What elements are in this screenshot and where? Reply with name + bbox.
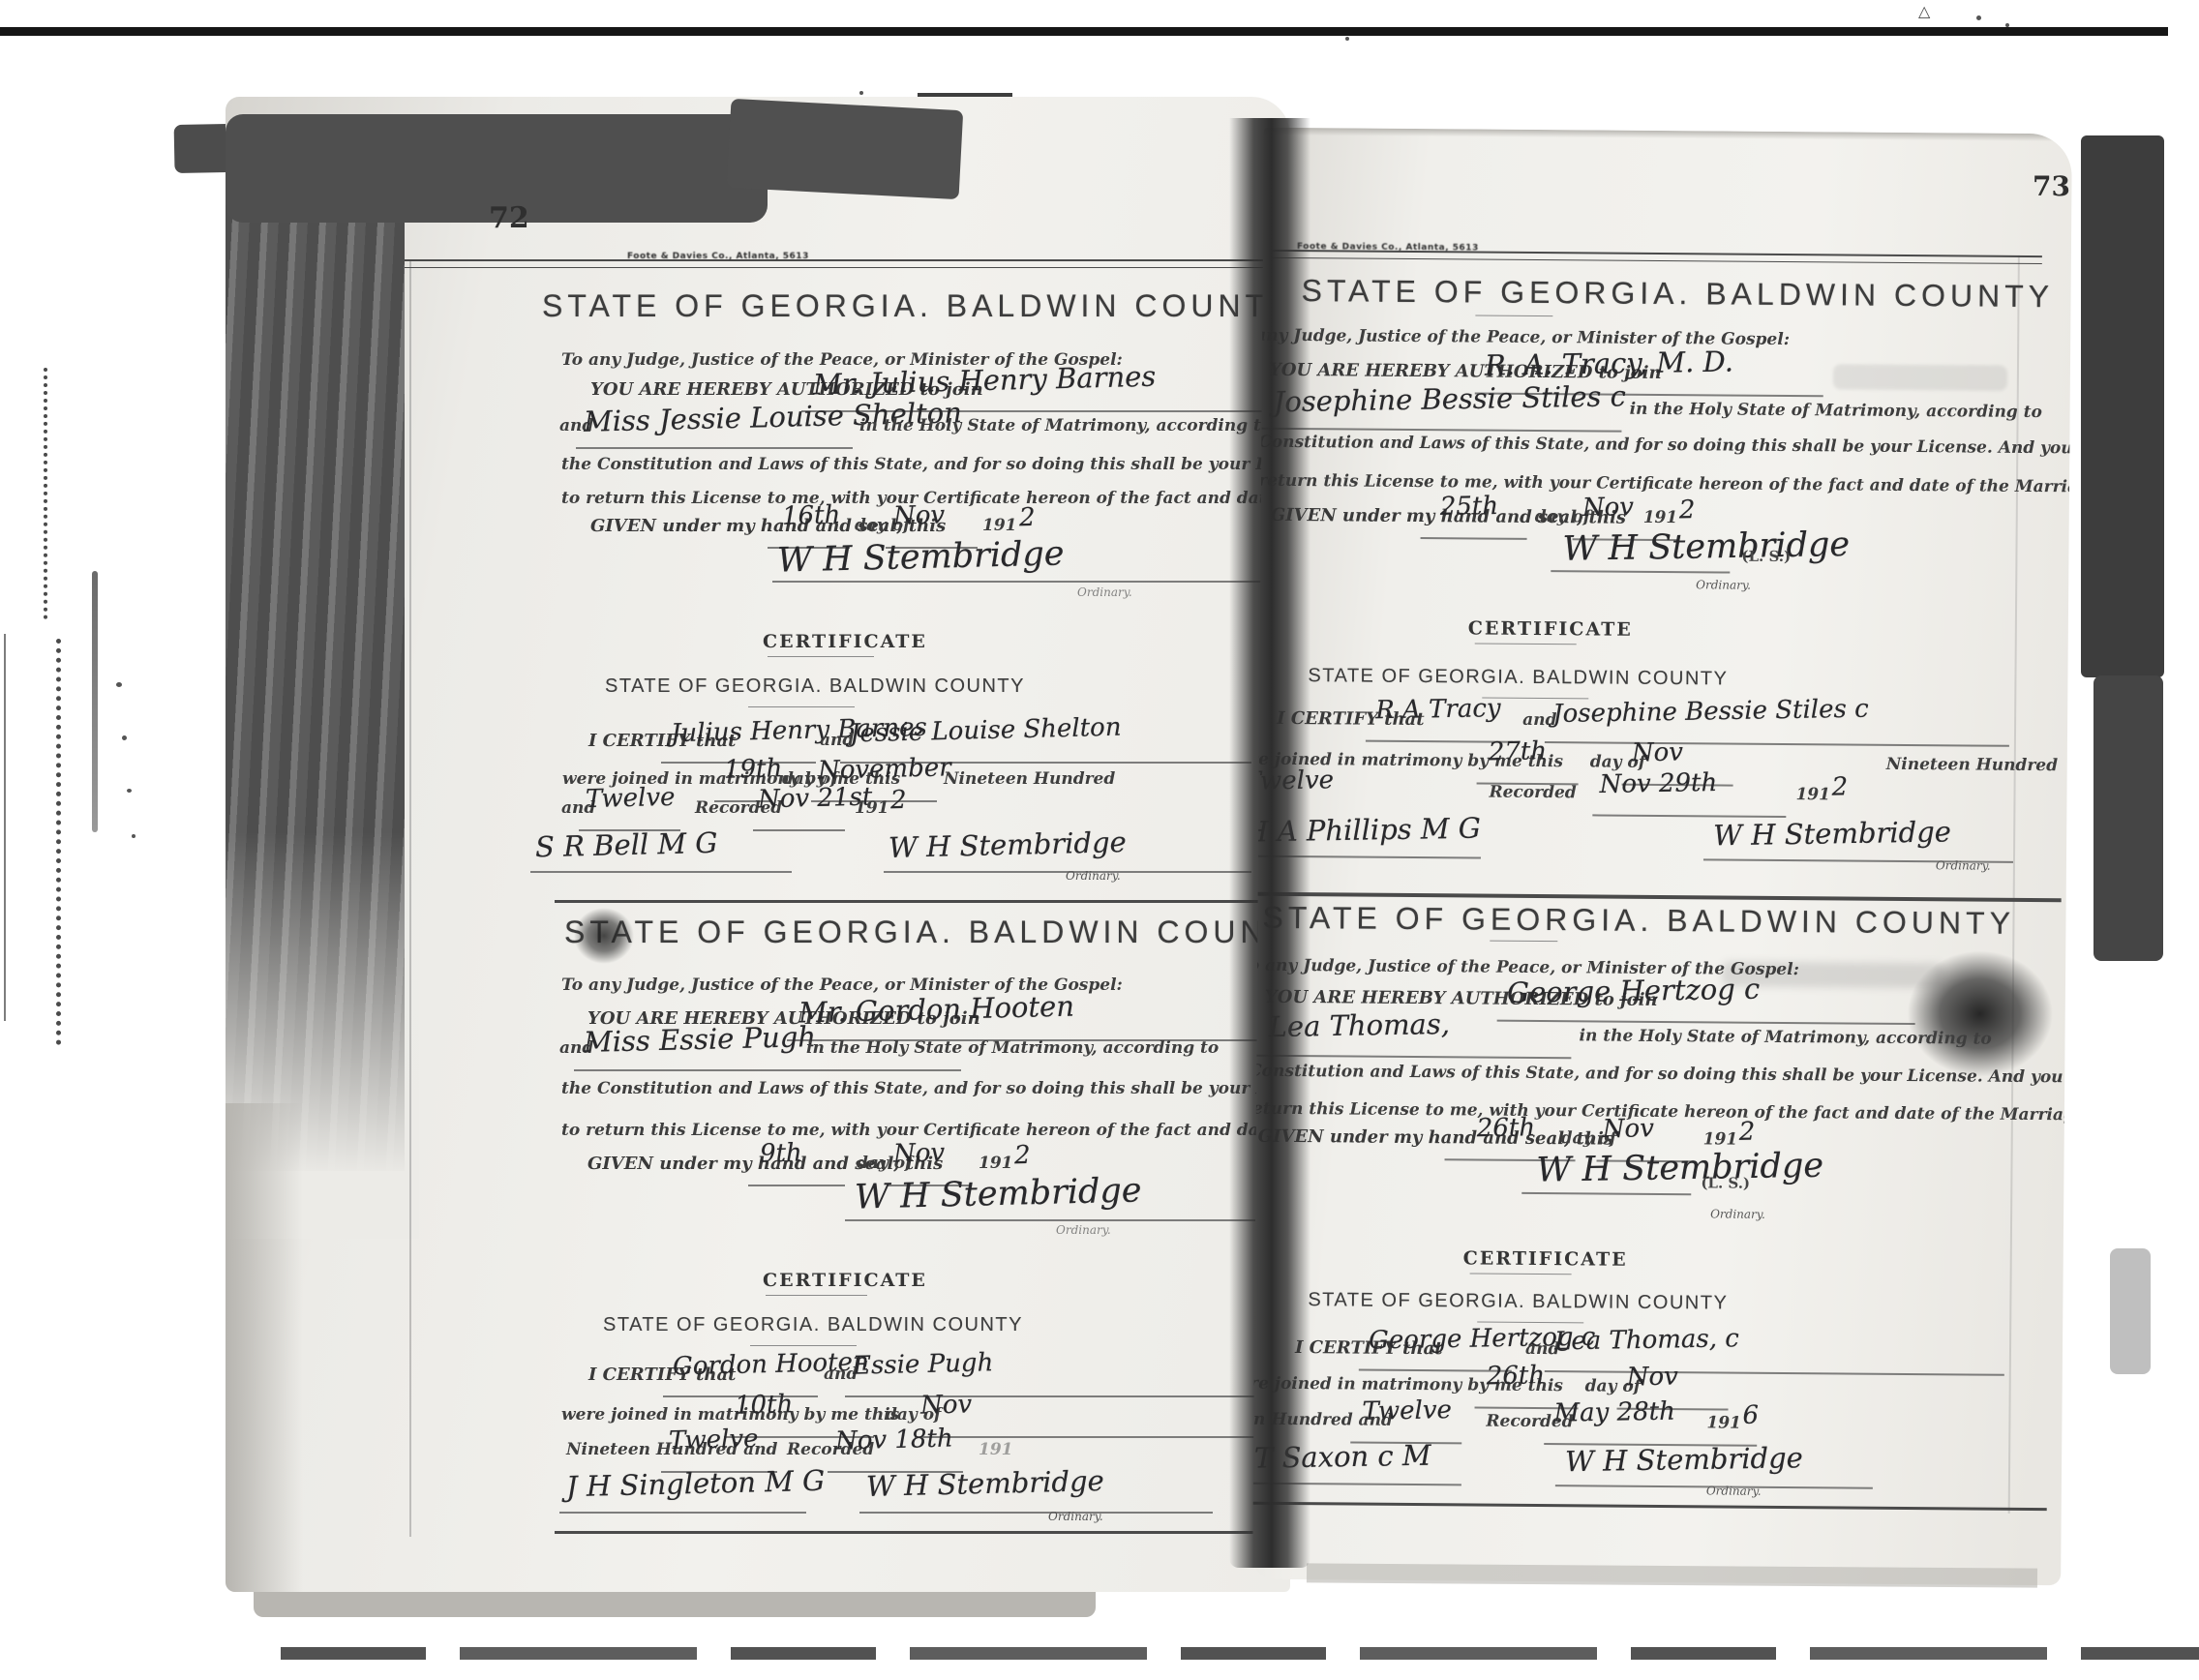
groom-name: R. A. Tracy, M. D. — [1485, 345, 1733, 381]
groom-name: George Hertzog c — [1507, 973, 1761, 1009]
certificate-title: CERTIFICATE — [763, 631, 927, 652]
next-page-edge — [281, 1647, 2199, 1660]
ordinary-label: Ordinary. — [1936, 858, 1991, 872]
cert-bride: Lea Thomas, c — [1554, 1324, 1739, 1356]
ordinary-label: Ordinary. — [1710, 1207, 1765, 1220]
scan-top-edge — [0, 27, 2168, 36]
cert-month: Nov — [920, 1390, 973, 1420]
cert-month: Nov — [1627, 1362, 1679, 1392]
year-printed: 191 — [982, 516, 1017, 535]
section-divider — [555, 900, 1290, 903]
matrimony-suffix: in the Holy State of Matrimony, accordin… — [1630, 400, 2042, 422]
head-rule2 — [1273, 257, 2042, 264]
under-page-edge-left — [254, 1592, 1096, 1617]
cert-day: 27th — [1489, 736, 1548, 766]
license-month: Nov — [1582, 493, 1635, 523]
cert-bride: Essie Pugh — [853, 1348, 994, 1381]
scan-artifact-dots — [44, 368, 47, 619]
blank-line — [1545, 1370, 2004, 1376]
top-page-shadow2 — [727, 99, 963, 199]
groom-name: Mr. Gordon Hooten — [798, 990, 1075, 1030]
title-rule — [1470, 1273, 1572, 1275]
cert-day: 26th — [1487, 1361, 1546, 1391]
cert-day: 19th — [724, 754, 783, 784]
year-printed: 191 — [1703, 1129, 1738, 1149]
cert-year-word: Twelve — [669, 1425, 759, 1455]
left-page: Foote & Davies Co., Atlanta, 5613 STATE … — [226, 97, 1290, 1592]
license-heading: STATE OF GEORGIA. BALDWIN COUNTY — [1262, 900, 2015, 942]
bottom-rule — [555, 1531, 1290, 1534]
ordinary-label: Ordinary. — [1066, 869, 1121, 883]
license-heading: STATE OF GEORGIA. BALDWIN COUNTY — [1301, 273, 2054, 315]
blank-line — [1545, 741, 2009, 747]
blank-line — [576, 447, 853, 449]
ordinary-signature: W H Stembridge — [889, 825, 1127, 864]
blank-line — [1551, 570, 1730, 573]
triangle-artifact: △ — [1918, 2, 1930, 20]
license-month: Nov — [893, 500, 946, 530]
constitution-line: the Constitution and Laws of this State,… — [1252, 432, 2072, 459]
speck — [127, 789, 132, 793]
heading-rule — [750, 1345, 857, 1346]
blank-line — [1421, 537, 1527, 540]
ordinary-label: Ordinary. — [1077, 585, 1132, 599]
scan-artifact-streak — [92, 571, 98, 832]
speck — [132, 834, 136, 838]
certificate-title: CERTIFICATE — [1468, 617, 1633, 640]
cert-year-word: Twelve — [586, 783, 676, 814]
ordinary-signature: W H Stembridge — [1713, 815, 1951, 852]
matrimony-suffix: in the Holy State of Matrimony, accordin… — [806, 1038, 1219, 1058]
blank-line — [845, 1395, 1261, 1397]
right-edge-shadow2 — [2094, 675, 2163, 961]
year-digit: 2 — [1679, 495, 1696, 525]
and-label: and — [820, 731, 854, 750]
speck — [122, 735, 127, 740]
book-gutter-shadow — [1229, 118, 1310, 1568]
blank-line — [1521, 1192, 1691, 1195]
cert-bride: Josephine Bessie Stiles c — [1552, 695, 1869, 729]
year-digit: 2 — [1019, 503, 1036, 532]
and-label: and — [1522, 710, 1556, 730]
year-digit: 2 — [1014, 1141, 1031, 1170]
license-day: 9th — [760, 1138, 802, 1168]
year-printed: 191 — [1706, 1413, 1741, 1432]
recorded-year-digit: 2 — [1831, 772, 1848, 801]
page-number-right: 73 — [2033, 170, 2070, 202]
head-rule2 — [405, 267, 1290, 268]
ordinary-label: Ordinary. — [1706, 1484, 1762, 1497]
blank-line — [915, 1436, 1263, 1438]
cert-month: November — [818, 753, 951, 785]
recorded-label: Recorded — [1489, 783, 1576, 803]
nineteen-hundred: Nineteen Hundred — [1886, 755, 2058, 775]
ordinary-label: Ordinary. — [1696, 578, 1751, 591]
right-page: Foote & Davies Co., Atlanta, 5613 STATE … — [1252, 128, 2072, 1586]
blank-line — [574, 1069, 961, 1071]
matrimony-suffix: in the Holy State of Matrimony, accordin… — [1579, 1026, 1991, 1048]
license-day: 26th — [1477, 1113, 1536, 1143]
heading-rule — [1490, 941, 1557, 943]
ordinary-signature: W H Stembridge — [777, 534, 1065, 580]
groom-name: Mr. Julius Henry Barnes — [813, 360, 1157, 402]
heading-rule — [748, 706, 855, 707]
scan-artifact-hairline — [4, 634, 6, 1021]
seal-label: (L. S.) — [1701, 1174, 1750, 1191]
recorded-year-digit: 6 — [1742, 1401, 1759, 1430]
year-printed: 191 — [855, 798, 889, 818]
return-line: to return this License to me, with your … — [1252, 471, 2072, 497]
right-edge-shadow3 — [2110, 1248, 2151, 1374]
certificate-heading: STATE OF GEORGIA. BALDWIN COUNTY — [605, 675, 1025, 698]
speck — [1976, 15, 1981, 20]
cert-year-word: Twelve — [1362, 1395, 1452, 1426]
certificate-title: CERTIFICATE — [1463, 1247, 1628, 1270]
license-day: 16th — [782, 500, 841, 530]
bride-name: Josephine Bessie Stiles c — [1273, 379, 1626, 418]
cert-month: Nov — [1632, 738, 1684, 768]
license-month: Nov — [893, 1138, 946, 1168]
license-month: Nov — [1603, 1114, 1655, 1144]
blank-line — [859, 1512, 1213, 1514]
heading-rule — [1475, 315, 1552, 316]
ink-blot — [574, 908, 634, 964]
blank-line — [748, 1185, 845, 1186]
return-line: to return this License to me, with your … — [561, 1121, 1290, 1140]
ordinary-signature: W H Stembridge — [866, 1464, 1104, 1503]
nineteen-hundred: Nineteen Hundred — [944, 769, 1115, 789]
bottom-rule — [1252, 1501, 2047, 1511]
joined-prefix: were joined in matrimony by me this — [561, 1405, 899, 1425]
year-printed: 191 — [1643, 508, 1678, 527]
ordinary-signature: W H Stembridge — [1536, 1147, 1823, 1190]
seal-label: (L. S.) — [1741, 548, 1791, 565]
page-number-left: 72 — [489, 201, 529, 235]
speck — [116, 682, 122, 687]
certificate-heading: STATE OF GEORGIA. BALDWIN COUNTY — [1308, 1289, 1728, 1314]
license-heading: STATE OF GEORGIA. BALDWIN COUNTY — [542, 288, 1290, 324]
printer-mark: Foote & Davies Co., Atlanta, 5613 — [1297, 242, 1479, 253]
ordinary-signature: W H Stembridge — [855, 1171, 1142, 1216]
spine-tail — [226, 1103, 303, 1592]
certificate-title: CERTIFICATE — [763, 1270, 927, 1291]
year-printed: 191 — [1795, 785, 1830, 804]
certificate-heading: STATE OF GEORGIA. BALDWIN COUNTY — [1308, 665, 1728, 690]
recorded-date: Nov 18th — [835, 1425, 953, 1456]
minister-signature: J H Singleton M G — [566, 1464, 826, 1504]
ordinary-label: Ordinary. — [1056, 1223, 1111, 1237]
title-rule — [768, 656, 874, 657]
speck — [859, 91, 863, 95]
blank-line — [1261, 428, 1621, 433]
blank-line — [1497, 1020, 1915, 1025]
scan-artifact-dots2 — [56, 639, 61, 1045]
constitution-line: the Constitution and Laws of this State,… — [561, 1079, 1290, 1098]
ordinary-label: Ordinary. — [1048, 1510, 1103, 1523]
right-edge-shadow — [2081, 135, 2164, 677]
blank-line — [530, 871, 792, 873]
left-margin-rule — [409, 259, 411, 1537]
cert-groom: R A Tracy — [1375, 694, 1501, 725]
ink-bleed-smudge — [1833, 364, 2007, 390]
ordinary-signature: W H Stembridge — [1565, 1441, 1803, 1478]
cert-bride: Jessie Louise Shelton — [850, 713, 1122, 749]
minister-signature: S R Bell M G — [535, 826, 718, 864]
speck — [1345, 37, 1349, 41]
blank-line — [753, 829, 845, 831]
certificate-heading: STATE OF GEORGIA. BALDWIN COUNTY — [603, 1314, 1023, 1336]
cert-day: 10th — [735, 1390, 794, 1420]
blank-line — [772, 581, 1276, 583]
license-heading: STATE OF GEORGIA. BALDWIN COUNTY — [564, 915, 1290, 950]
title-rule — [1475, 643, 1577, 645]
title-rule — [766, 1295, 867, 1296]
year-printed: 191 — [979, 1440, 1013, 1459]
license-day: 25th — [1440, 492, 1499, 522]
recorded-date: Nov 29th — [1599, 768, 1717, 799]
year-digit: 2 — [1739, 1118, 1756, 1147]
constitution-line: the Constitution and Laws of this State,… — [561, 455, 1290, 474]
recorded-year-digit: 2 — [890, 786, 907, 815]
bride-name: Miss Essie Pugh — [584, 1020, 817, 1059]
printer-mark: Foote & Davies Co., Atlanta, 5613 — [627, 252, 809, 261]
blank-line — [559, 1512, 806, 1514]
year-printed: 191 — [979, 1154, 1013, 1173]
recorded-date: May 28th — [1553, 1397, 1675, 1428]
blank-line — [845, 1219, 1276, 1221]
return-line: to return this License to me, with your … — [1252, 1098, 2072, 1125]
matrimony-suffix: in the Holy State of Matrimony, accordin… — [859, 416, 1272, 435]
ordinary-signature: W H Stembridge — [1562, 525, 1850, 569]
under-page-edge-right — [1307, 1563, 2037, 1587]
scanned-marriage-register: Foote & Davies Co., Atlanta, 5613 STATE … — [0, 0, 2199, 1680]
top-edge-shade — [1264, 128, 2072, 142]
head-rule — [405, 259, 1290, 261]
blank-line — [1592, 814, 1786, 818]
